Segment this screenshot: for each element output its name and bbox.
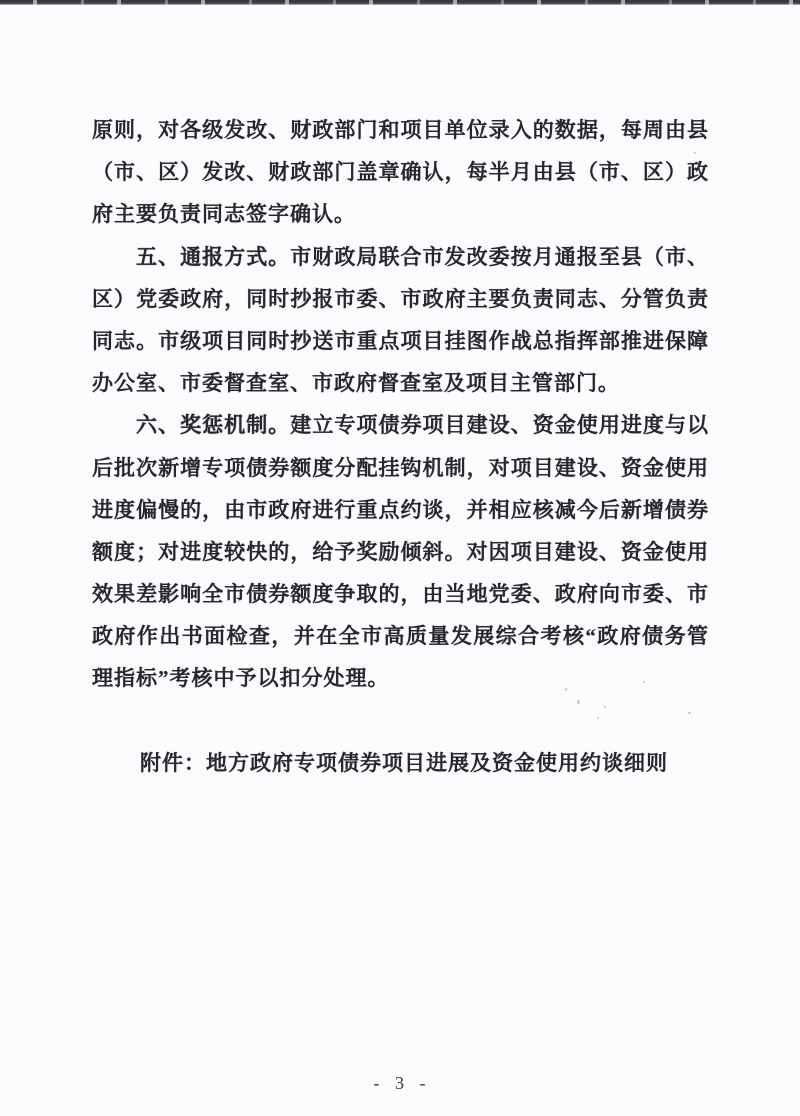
- body-line: 政府作出书面检查，并在全市高质量发展综合考核“政府债务管: [92, 615, 708, 657]
- body-line: 理指标”考核中予以扣分处理。: [92, 657, 708, 699]
- body-line: 后批次新增专项债券额度分配挂钩机制，对项目建设、资金使用: [92, 447, 708, 489]
- scan-speckle: [577, 700, 580, 704]
- page-number: - 3 -: [0, 1073, 800, 1094]
- body-line: 五、通报方式。市财政局联合市发改委按月通报至县（市、: [92, 236, 708, 278]
- document-body: 原则，对各级发改、财政部门和项目单位录入的数据，每周由县 （市、区）发改、财政部…: [92, 109, 708, 784]
- body-line: 办公室、市委督查室、市政府督查室及项目主管部门。: [92, 362, 708, 404]
- attachment-line: 附件：地方政府专项债券项目进展及资金使用约谈细则: [92, 742, 708, 784]
- section-heading-5: 五、通报方式。: [136, 246, 290, 269]
- body-line: 区）党委政府，同时抄报市委、市政府主要负责同志、分管负责: [92, 278, 708, 320]
- scanned-document-page: 原则，对各级发改、财政部门和项目单位录入的数据，每周由县 （市、区）发改、财政部…: [0, 0, 800, 1116]
- body-line: 原则，对各级发改、财政部门和项目单位录入的数据，每周由县: [92, 109, 708, 151]
- body-line: 效果差影响全市债券额度争取的，由当地党委、政府向市委、市: [92, 573, 708, 615]
- scan-speckle: [565, 688, 567, 691]
- body-line: 进度偏慢的，由市政府进行重点约谈，并相应核减今后新增债券: [92, 489, 708, 531]
- body-line: 六、奖惩机制。建立专项债券项目建设、资金使用进度与以: [92, 404, 708, 446]
- body-text: 建立专项债券项目建设、资金使用进度与以: [290, 413, 708, 437]
- scan-speckle: [604, 706, 606, 708]
- attachment-label: 附件：: [140, 751, 206, 775]
- section-heading-6: 六、奖惩机制。: [136, 414, 290, 437]
- body-line: 府主要负责同志签字确认。: [92, 193, 708, 235]
- body-line: （市、区）发改、财政部门盖章确认，每半月由县（市、区）政: [92, 151, 708, 193]
- scan-speckle: [643, 681, 645, 683]
- scan-speckle: [694, 152, 696, 154]
- body-line: 同志。市级项目同时抄送市重点项目挂图作战总指挥部推进保障: [92, 320, 708, 362]
- scan-speckle: [597, 717, 599, 719]
- scan-speckle: [688, 712, 691, 714]
- scan-artifact-top-edge: [0, 0, 800, 5]
- attachment-title: 地方政府专项债券项目进展及资金使用约谈细则: [206, 751, 668, 775]
- body-line: 额度；对进度较快的，给予奖励倾斜。对因项目建设、资金使用: [92, 531, 708, 573]
- body-text: 市财政局联合市发改委按月通报至县（市、: [290, 245, 708, 269]
